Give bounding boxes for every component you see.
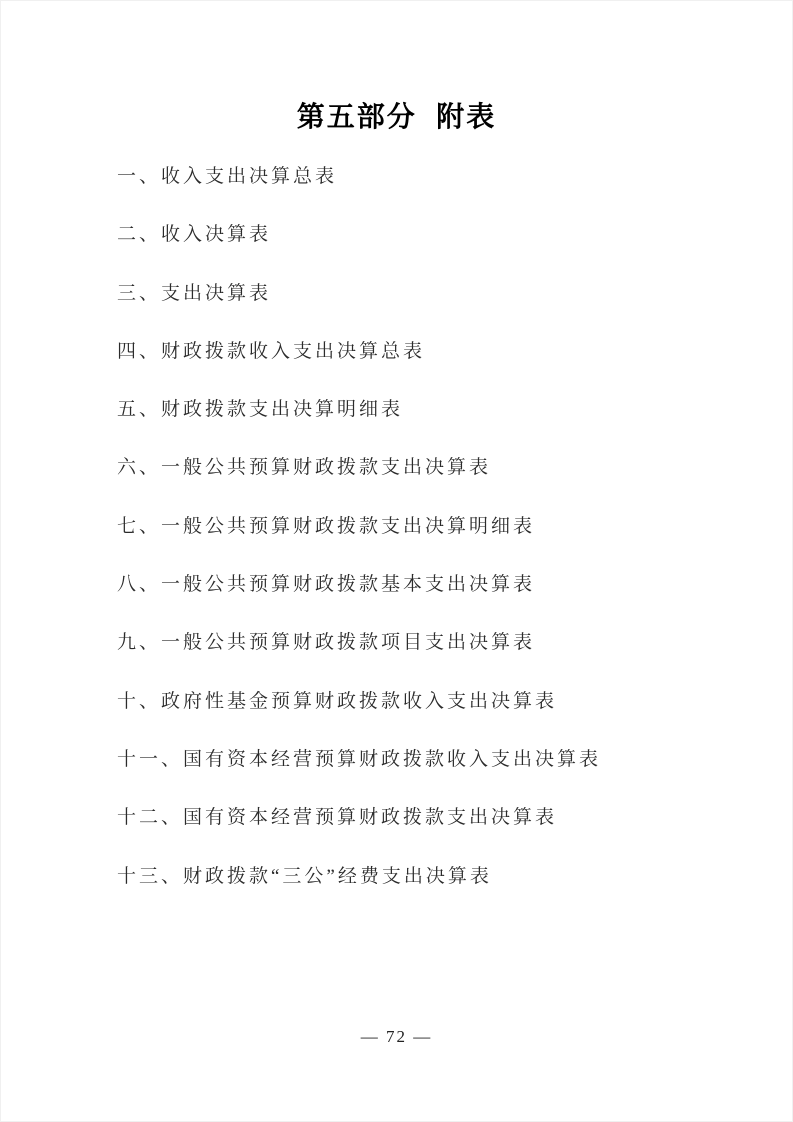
toc-item-12: 十二、国有资本经营预算财政拨款支出决算表 bbox=[117, 789, 792, 847]
toc-item-13: 十三、财政拨款“三公”经费支出决算表 bbox=[117, 848, 792, 906]
toc-item-4: 四、财政拨款收入支出决算总表 bbox=[117, 323, 792, 381]
toc-item-5: 五、财政拨款支出决算明细表 bbox=[117, 381, 792, 439]
document-page: 第五部分 附表 一、收入支出决算总表 二、收入决算表 三、支出决算表 四、财政拨… bbox=[0, 0, 793, 1122]
toc-item-11: 十一、国有资本经营预算财政拨款收入支出决算表 bbox=[117, 731, 792, 789]
toc-item-8: 八、一般公共预算财政拨款基本支出决算表 bbox=[117, 556, 792, 614]
toc-item-1: 一、收入支出决算总表 bbox=[117, 148, 792, 206]
page-number: — 72 — bbox=[1, 1027, 792, 1047]
toc-item-6: 六、一般公共预算财政拨款支出决算表 bbox=[117, 439, 792, 497]
toc-item-7: 七、一般公共预算财政拨款支出决算明细表 bbox=[117, 498, 792, 556]
toc-item-10: 十、政府性基金预算财政拨款收入支出决算表 bbox=[117, 673, 792, 731]
toc-item-9: 九、一般公共预算财政拨款项目支出决算表 bbox=[117, 614, 792, 672]
toc-item-3: 三、支出决算表 bbox=[117, 265, 792, 323]
toc-list: 一、收入支出决算总表 二、收入决算表 三、支出决算表 四、财政拨款收入支出决算总… bbox=[117, 148, 792, 906]
toc-item-2: 二、收入决算表 bbox=[117, 206, 792, 264]
document-title: 第五部分 附表 bbox=[1, 1, 792, 134]
